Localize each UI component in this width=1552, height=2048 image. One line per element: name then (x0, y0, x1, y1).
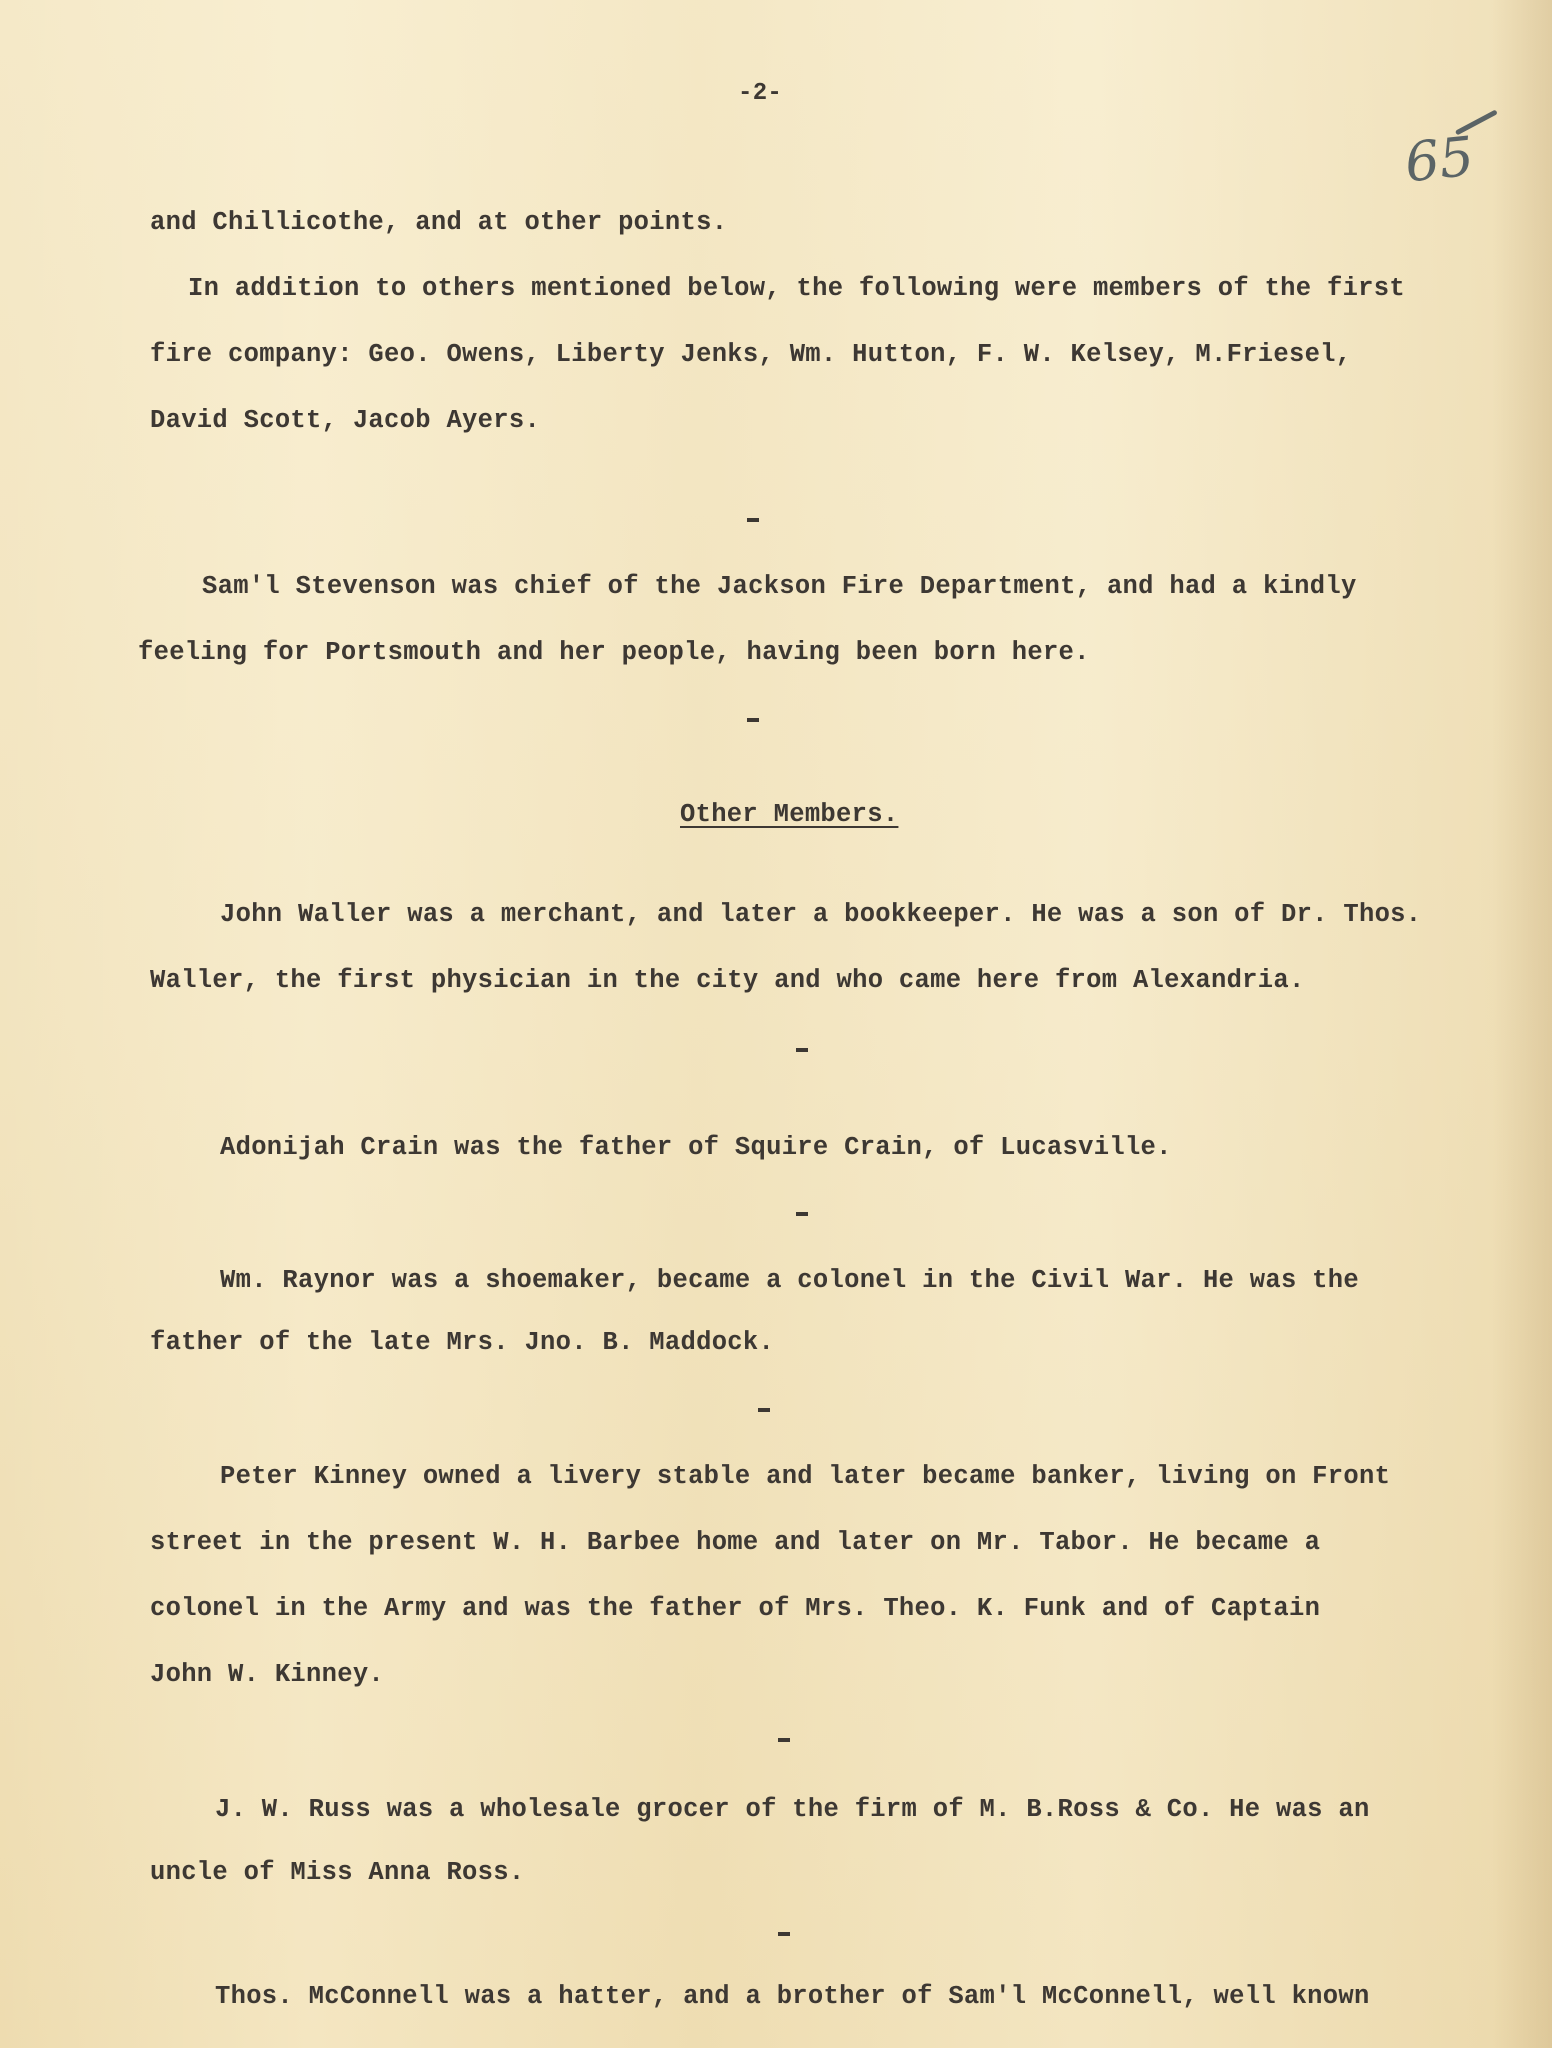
text-line: fire company: Geo. Owens, Liberty Jenks,… (150, 340, 1351, 369)
text-line: feeling for Portsmouth and her people, h… (138, 638, 1090, 667)
text-line: colonel in the Army and was the father o… (150, 1594, 1320, 1623)
document-page: -2- 65 Other Members. and Chillicothe, a… (0, 0, 1552, 2048)
handwritten-annotation: 65 (1402, 125, 1477, 195)
text-line: and Chillicothe, and at other points. (150, 208, 727, 237)
text-line: John W. Kinney. (150, 1660, 384, 1689)
separator-dash (778, 1738, 790, 1742)
paper-edge-stain (1492, 0, 1552, 2048)
text-line: Waller, the first physician in the city … (150, 966, 1305, 995)
text-line: In addition to others mentioned below, t… (188, 274, 1405, 303)
text-line: father of the late Mrs. Jno. B. Maddock. (150, 1328, 774, 1357)
text-line: J. W. Russ was a wholesale grocer of the… (215, 1795, 1370, 1824)
section-heading: Other Members. (680, 800, 898, 829)
text-line: Thos. McConnell was a hatter, and a brot… (215, 1982, 1370, 2011)
text-line: Wm. Raynor was a shoemaker, became a col… (220, 1266, 1359, 1295)
text-line: Adonijah Crain was the father of Squire … (220, 1133, 1172, 1162)
text-line: Sam'l Stevenson was chief of the Jackson… (202, 572, 1357, 601)
text-line: David Scott, Jacob Ayers. (150, 406, 540, 435)
separator-dash (747, 518, 759, 522)
separator-dash (747, 718, 759, 722)
page-number: -2- (738, 80, 782, 107)
text-line: uncle of Miss Anna Ross. (150, 1858, 524, 1887)
text-line: Peter Kinney owned a livery stable and l… (220, 1462, 1390, 1491)
text-line: street in the present W. H. Barbee home … (150, 1528, 1320, 1557)
separator-dash (796, 1212, 808, 1216)
separator-dash (758, 1408, 770, 1412)
separator-dash (796, 1048, 808, 1052)
text-line: John Waller was a merchant, and later a … (220, 900, 1421, 929)
separator-dash (778, 1932, 790, 1936)
